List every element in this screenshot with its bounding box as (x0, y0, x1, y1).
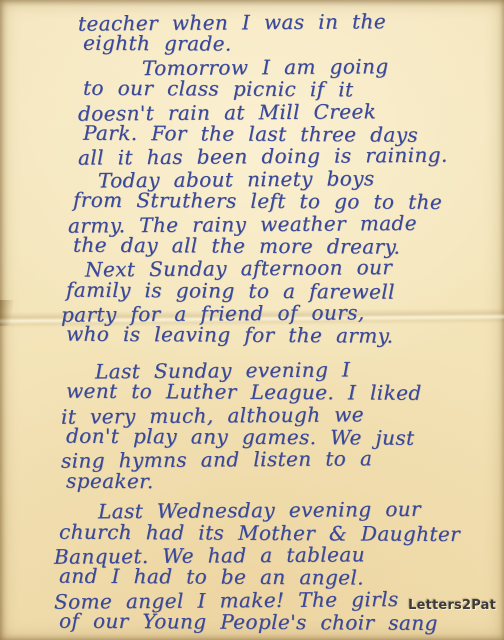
letter-line: church had its Mother & Daughter (59, 520, 496, 545)
paragraph: Last Sunday evening I went to Luther Lea… (61, 359, 496, 493)
letters2pat-watermark: Letters2Pat (408, 598, 496, 613)
letter-line: all it has been doing is raining. (78, 144, 496, 170)
paragraph: Today about ninety boys from Struthers l… (68, 168, 496, 258)
letter-line: family is going to a farewell (66, 278, 496, 303)
letter-line: to our class picnic if it (83, 77, 496, 102)
paragraph: Last Wednesday evening our church had it… (54, 499, 496, 633)
letter-text: teacher when I was in the eighth grade. … (78, 11, 496, 634)
letter-line: eighth grade. (83, 32, 496, 57)
letter-line: of our Young People's choir sang (59, 610, 496, 635)
paragraph: teacher when I was in the eighth grade. (78, 11, 496, 56)
letter-line: from Struthers left to go to the (73, 189, 496, 214)
letter-line: went to Luther League. I liked (66, 380, 496, 405)
letter-photo: teacher when I was in the eighth grade. … (0, 0, 504, 640)
fold-edge-shadow (0, 300, 14, 326)
letter-line: speaker. (66, 469, 496, 494)
letter-line: and I had to be an angel. (59, 565, 496, 590)
paragraph: Tomorrow I am going to our class picnic … (78, 56, 496, 168)
paragraph: Next Sunday afternoon our family is goin… (61, 257, 496, 347)
letter-line: who is leaving for the army. (66, 323, 496, 348)
